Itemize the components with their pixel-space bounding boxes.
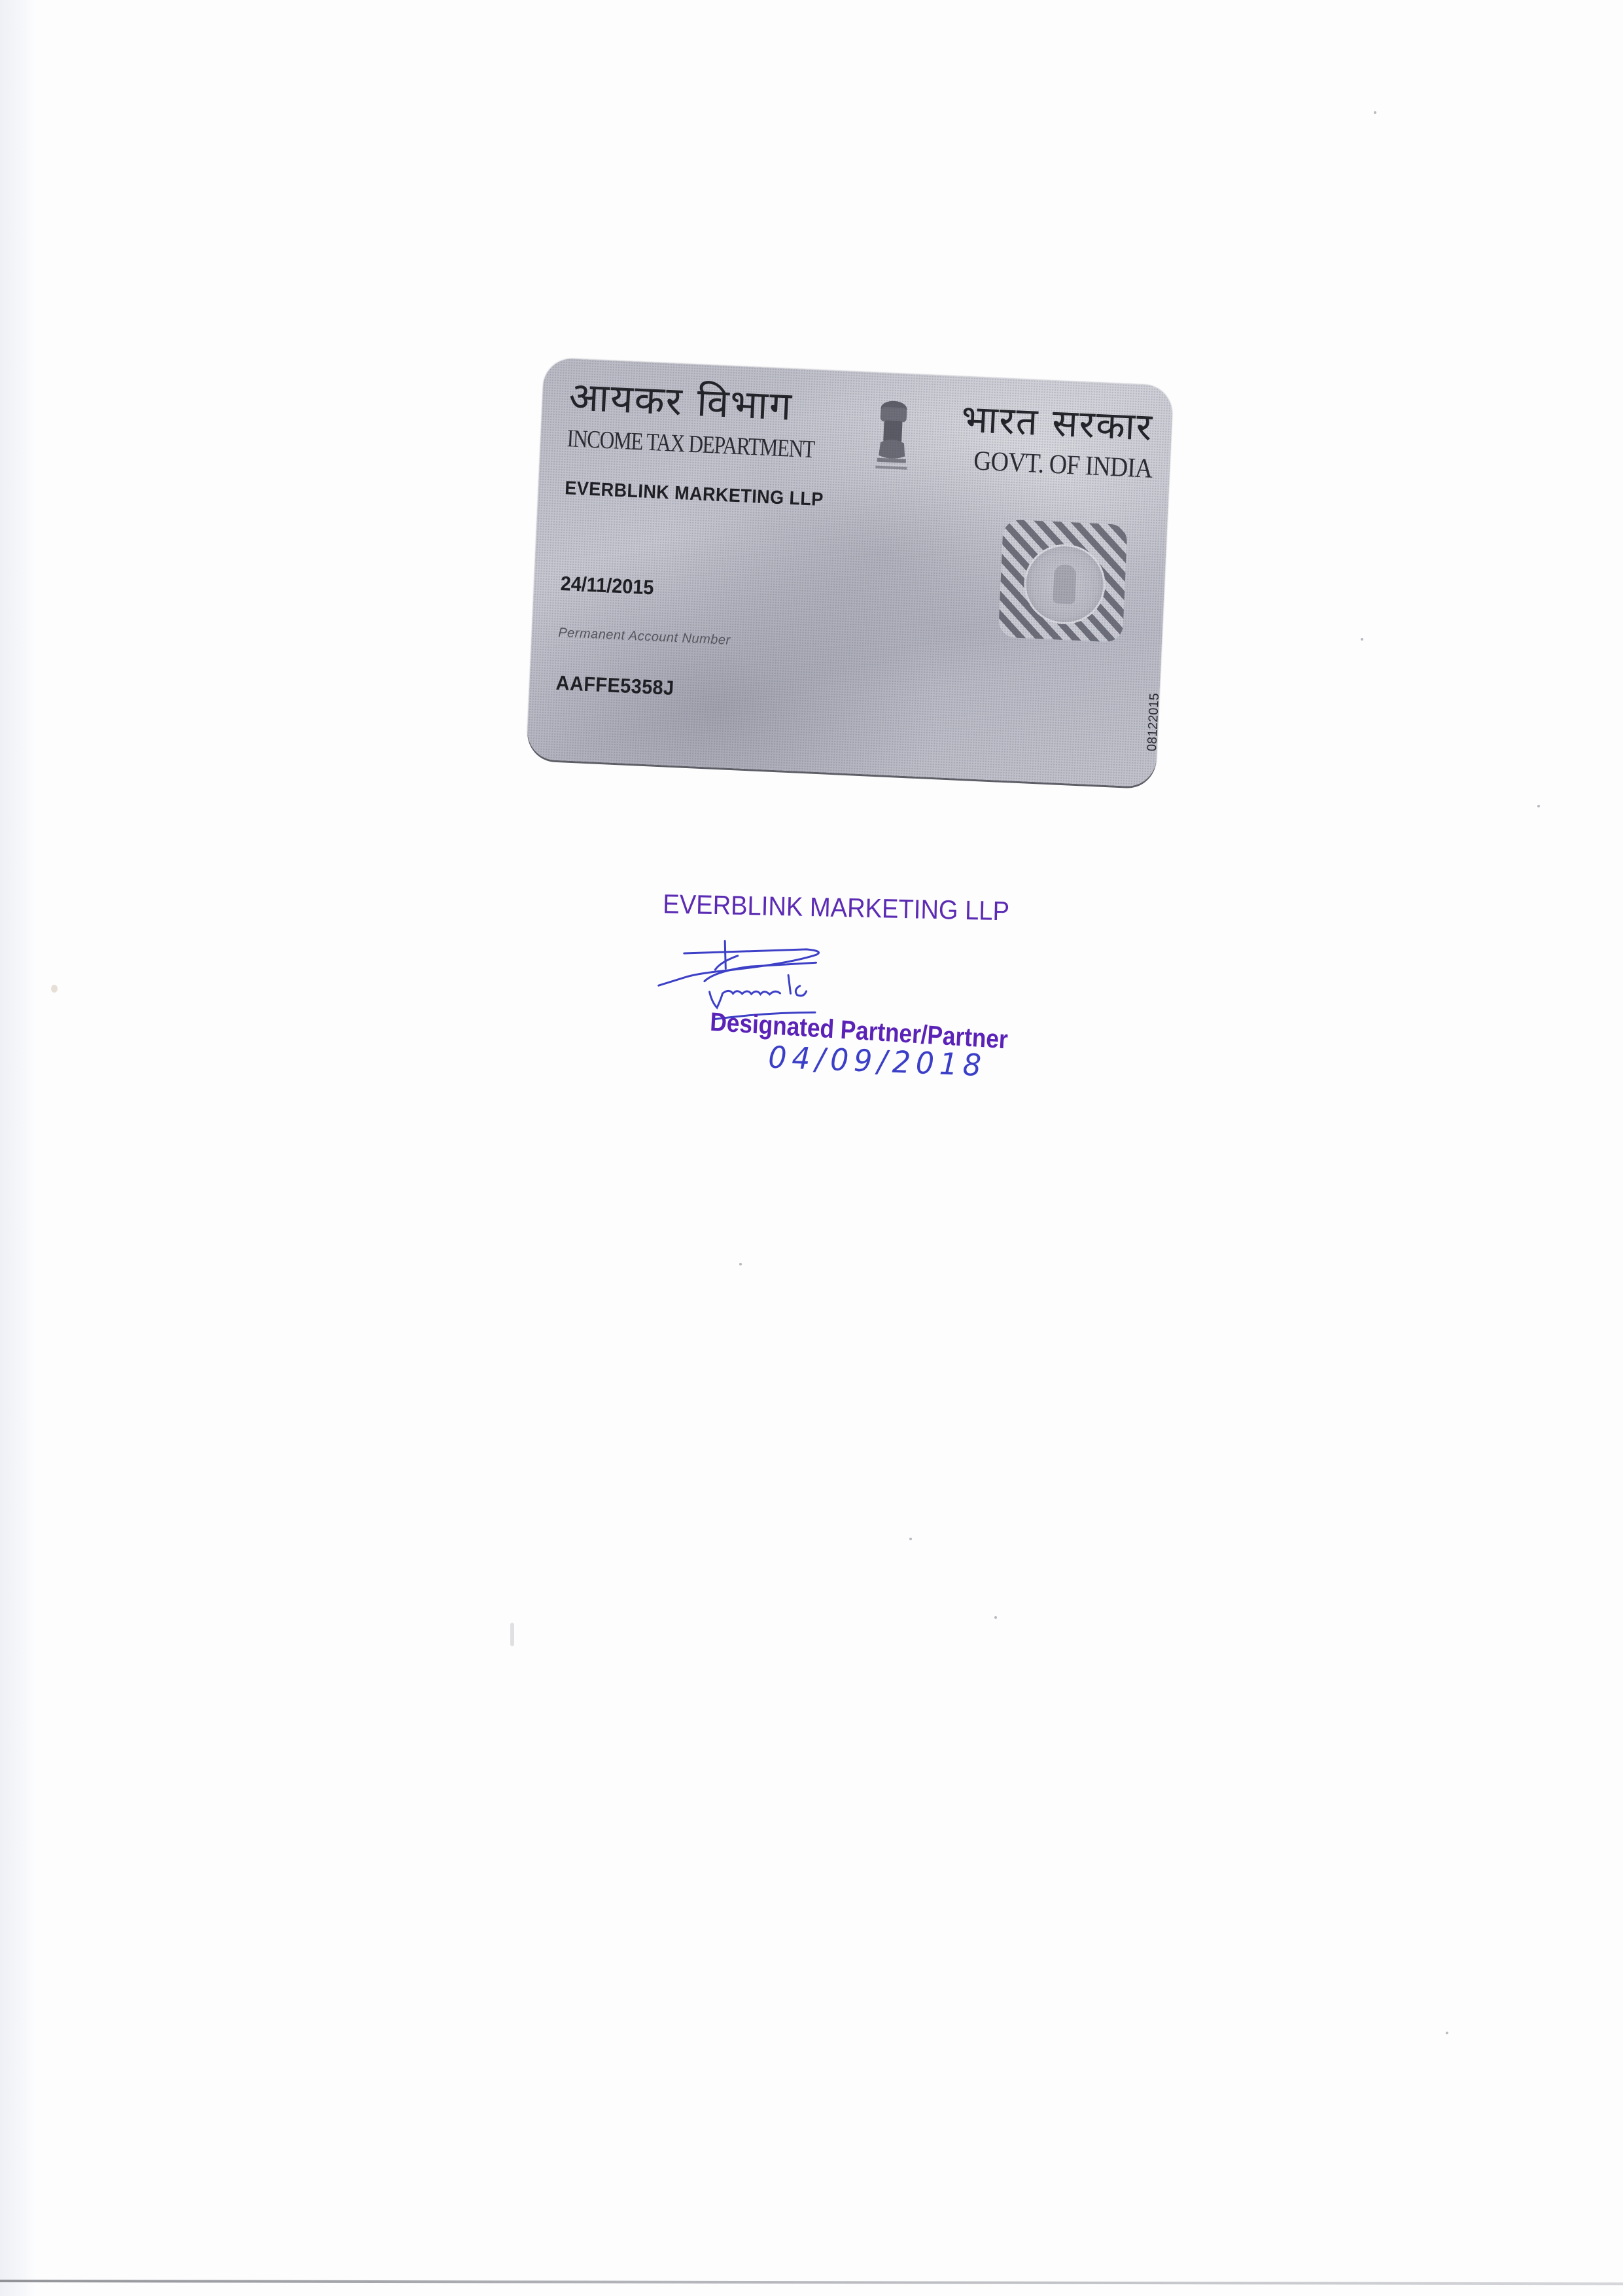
incorporation-date: 24/11/2015 [560,572,654,599]
scan-mark [510,1623,514,1646]
card-serial-number: 08122015 [1145,693,1162,752]
scanned-page: आयकर विभाग INCOME TAX DEPARTMENT भारत सर… [0,0,1623,2296]
government-english: GOVT. OF INDIA [973,445,1153,484]
scan-speck [1537,805,1540,807]
scan-speck [1374,111,1376,114]
scan-speck [909,1538,912,1540]
pan-number: AAFFE5358J [555,671,674,700]
pan-label: Permanent Account Number [558,626,731,648]
scan-mark [51,985,58,993]
handwritten-date: 04/09/2018 [767,1040,986,1084]
government-hindi: भारत सरकार [960,391,1155,451]
pan-card: आयकर विभाग INCOME TAX DEPARTMENT भारत सर… [527,357,1174,787]
scan-speck [739,1263,742,1265]
stamp-company-name: EVERBLINK MARKETING LLP [663,889,1010,927]
scan-edge-shadow [0,0,36,2296]
holder-name: EVERBLINK MARKETING LLP [565,478,824,511]
national-emblem-icon [870,397,915,476]
attestation-stamp: EVERBLINK MARKETING LLP Designated Partn… [650,883,1060,1088]
paper-bottom-edge [0,2280,1623,2285]
scan-speck [994,1616,997,1619]
department-hindi: आयकर विभाग [568,368,794,431]
scan-speck [1361,638,1363,641]
scan-speck [1446,2032,1448,2034]
hologram-seal-icon [998,520,1128,643]
